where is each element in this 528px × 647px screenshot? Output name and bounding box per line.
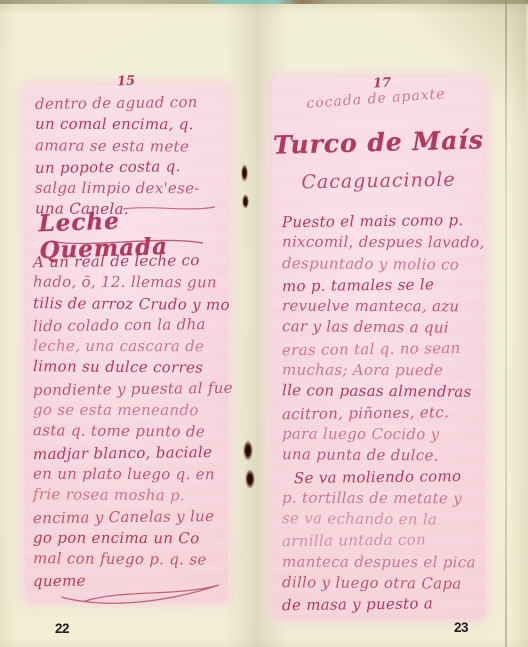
handwritten-line: encima y Canelas y lue xyxy=(33,505,233,529)
handwritten-line: leche, una cascara de xyxy=(33,336,233,358)
handwritten-line: Puesto el mais como p. xyxy=(282,210,485,234)
handwritten-line: mal con fuego p. q. se xyxy=(33,548,233,571)
handwritten-line: mo p. tamales se le xyxy=(282,274,485,298)
handwritten-line: madjar blanco, baciale xyxy=(33,441,233,465)
handwritten-line: A un real de leche co xyxy=(33,250,233,274)
handwritten-line: se va echando en la xyxy=(282,508,485,531)
handwritten-line: salga limpio dex'ese- xyxy=(35,178,200,200)
handwritten-line: un popote costa q. xyxy=(35,156,200,179)
handwritten-line: eras con tal q. no sean xyxy=(282,338,485,362)
handwritten-line: en un plato luego q. en xyxy=(33,464,233,486)
left-body-block: A un real de leche co hado, ō, 12. llema… xyxy=(33,251,233,592)
handwritten-line: amara se esta mete xyxy=(35,135,200,158)
handwritten-line: dillo y luego otra Capa xyxy=(282,572,485,595)
binding-stitch xyxy=(243,440,253,461)
recipe-subtitle-cacaguacinole: Cacaguacinole xyxy=(272,168,485,194)
binding-stitch xyxy=(245,469,255,489)
handwritten-line: pondiente y puesta al fue xyxy=(33,378,233,402)
right-page-edge-line xyxy=(505,0,507,647)
left-page-number: 15 xyxy=(116,74,135,90)
right-body-block: Puesto el mais como p. nixcomil, despues… xyxy=(282,211,485,616)
handwritten-line: lle con pasas almendras xyxy=(282,380,485,403)
right-page: 17 cocada de apaxte Turco de Maís Cacagu… xyxy=(272,78,485,619)
handwritten-line: tilis de arroz Crudo y mo xyxy=(33,293,233,316)
handwritten-line: go se esta meneando xyxy=(33,400,233,422)
handwritten-line: para luego Cocido y xyxy=(282,424,485,446)
recipe-title-turco-de-mais: Turco de Maís xyxy=(272,125,486,160)
left-intro-block: dentro de aguad con un comal encima, q. … xyxy=(35,93,200,221)
handwritten-line: manteca despues el pica xyxy=(282,551,485,573)
printed-folio-right: 23 xyxy=(454,620,468,635)
handwritten-line: asta q. tome punto de xyxy=(33,421,233,444)
handwritten-line: nixcomil, despues lavado, xyxy=(282,232,485,254)
handwritten-line: arnilla untada con xyxy=(282,529,485,553)
handwritten-line: revuelve manteca, azu xyxy=(282,296,485,318)
handwritten-line: acitron, piñones, etc. xyxy=(282,401,485,425)
manuscript-scan: 15 dentro de aguad con un comal encima, … xyxy=(0,0,528,647)
handwritten-line: una punta de dulce. xyxy=(282,444,485,467)
handwritten-line: car y las demas a qui xyxy=(282,317,485,340)
handwritten-line: despuntado y molio co xyxy=(282,253,485,276)
top-edge-strip xyxy=(0,0,528,4)
binding-stitch xyxy=(242,194,249,209)
handwritten-line: frie rosea mosha p. xyxy=(33,484,233,507)
left-page: 15 dentro de aguad con un comal encima, … xyxy=(25,85,228,602)
handwritten-line: hado, ō, 12. llemas gun xyxy=(33,272,233,294)
handwritten-line: de masa y puesto a xyxy=(282,593,485,617)
binding-stitch xyxy=(241,164,248,182)
handwritten-line: un comal encima, q. xyxy=(35,114,200,136)
handwritten-line: lido colado con la dha xyxy=(33,314,233,338)
handwritten-line: p. tortillas de metate y xyxy=(282,488,485,510)
handwritten-line: Se va moliendo como xyxy=(282,465,485,489)
printed-folio-left: 22 xyxy=(55,621,69,636)
handwritten-line: go pon encima un Co xyxy=(33,528,233,550)
handwritten-line: queme xyxy=(33,569,233,593)
handwritten-line: limon su dulce corres xyxy=(33,357,233,380)
handwritten-line: muchas; Aora puede xyxy=(282,360,485,382)
handwritten-line: dentro de aguad con xyxy=(35,92,200,115)
